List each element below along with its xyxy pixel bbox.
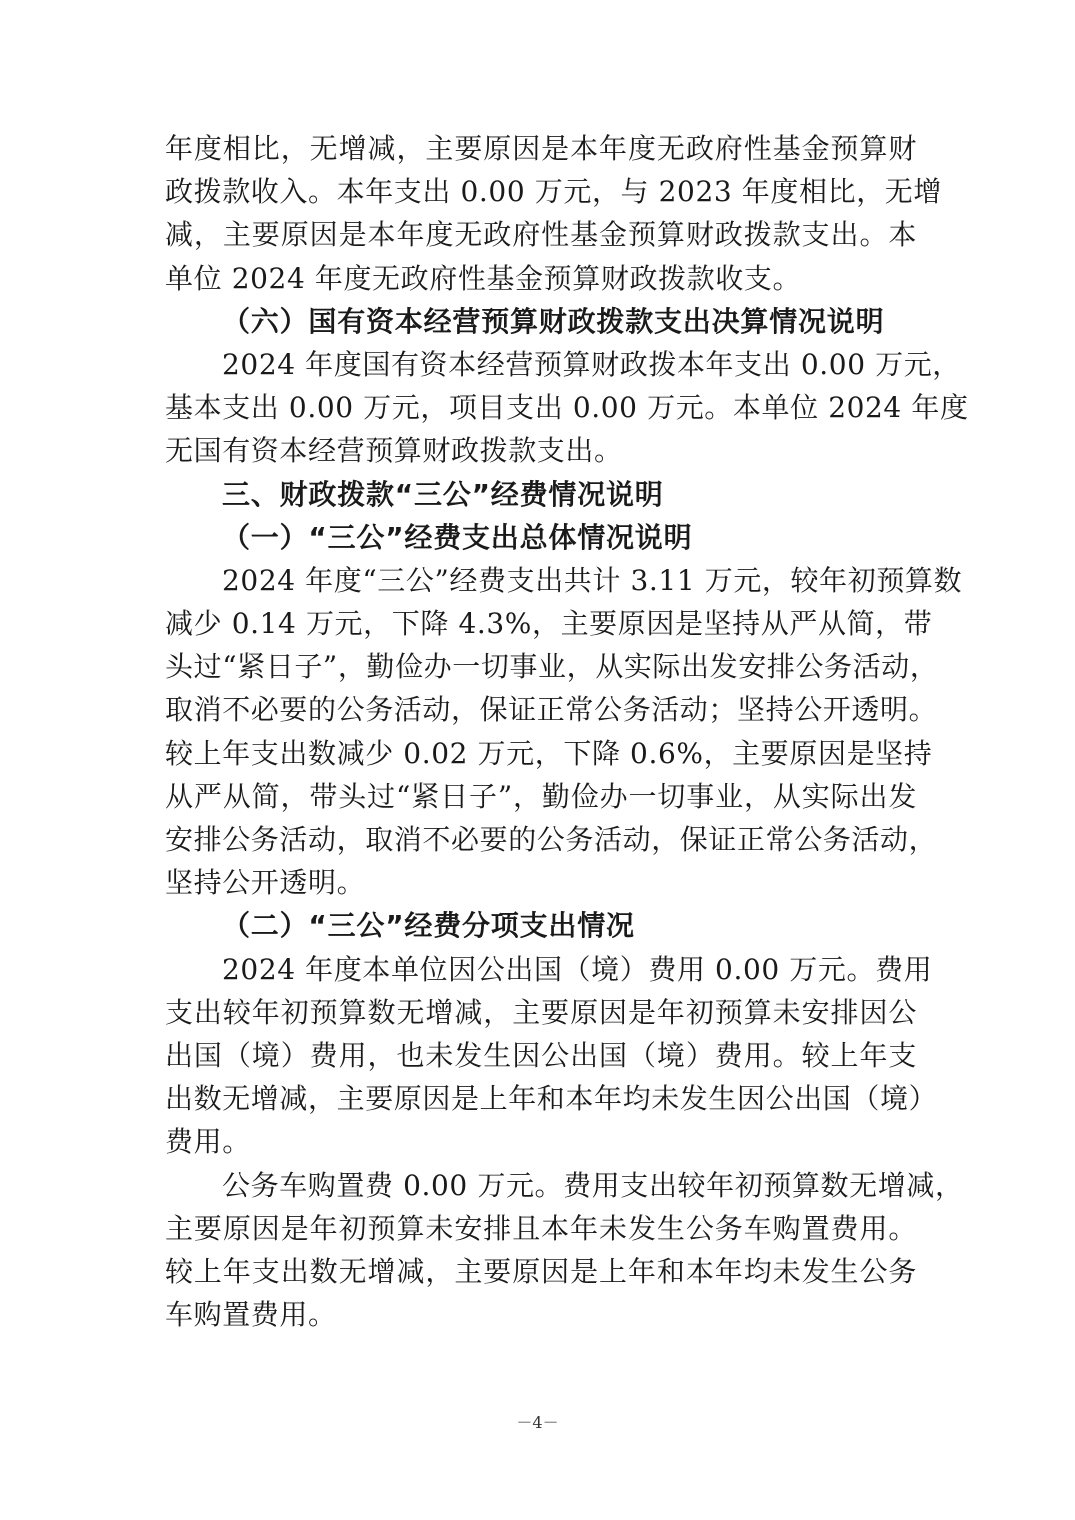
text-line: 单位 2024 年度无政府性基金预算财政拨款收支。: [165, 257, 917, 300]
subsection-heading-1: （一）“三公”经费支出总体情况说明: [165, 516, 917, 559]
text-line: 较上年支出数减少 0.02 万元，下降 0.6%，主要原因是坚持: [165, 732, 917, 775]
text-line: 减少 0.14 万元，下降 4.3%，主要原因是坚持从严从简，带: [165, 602, 917, 645]
text-line: 公务车购置费 0.00 万元。费用支出较年初预算数无增减，: [165, 1164, 917, 1207]
section-6-paragraph: 2024 年度国有资本经营预算财政拨本年支出 0.00 万元， 基本支出 0.0…: [165, 343, 917, 473]
text-line: 较上年支出数无增减，主要原因是上年和本年均未发生公务: [165, 1250, 917, 1293]
page-number: －4－: [0, 1410, 1075, 1433]
text-line: 安排公务活动，取消不必要的公务活动，保证正常公务活动，: [165, 818, 917, 861]
subsection-2-paragraph-2: 公务车购置费 0.00 万元。费用支出较年初预算数无增减， 主要原因是年初预算未…: [165, 1164, 917, 1337]
text-line: 主要原因是年初预算未安排且本年未发生公务车购置费用。: [165, 1207, 917, 1250]
document-page: 年度相比，无增减，主要原因是本年度无政府性基金预算财 政拨款收入。本年支出 0.…: [165, 127, 917, 1336]
text-line: 支出较年初预算数无增减，主要原因是年初预算未安排因公: [165, 991, 917, 1034]
text-line: 2024 年度本单位因公出国（境）费用 0.00 万元。费用: [165, 948, 917, 991]
text-line: 坚持公开透明。: [165, 861, 917, 904]
part-heading-3: 三、财政拨款“三公”经费情况说明: [165, 473, 917, 516]
subsection-1-paragraph: 2024 年度“三公”经费支出共计 3.11 万元，较年初预算数 减少 0.14…: [165, 559, 917, 905]
paragraph-continued: 年度相比，无增减，主要原因是本年度无政府性基金预算财 政拨款收入。本年支出 0.…: [165, 127, 917, 300]
text-line: 基本支出 0.00 万元，项目支出 0.00 万元。本单位 2024 年度: [165, 386, 917, 429]
text-line: 年度相比，无增减，主要原因是本年度无政府性基金预算财: [165, 127, 917, 170]
text-line: 2024 年度国有资本经营预算财政拨本年支出 0.00 万元，: [165, 343, 917, 386]
text-line: 出国（境）费用，也未发生因公出国（境）费用。较上年支: [165, 1034, 917, 1077]
text-line: 取消不必要的公务活动，保证正常公务活动；坚持公开透明。: [165, 688, 917, 731]
text-line: 政拨款收入。本年支出 0.00 万元，与 2023 年度相比，无增: [165, 170, 917, 213]
subsection-heading-2: （二）“三公”经费分项支出情况: [165, 904, 917, 947]
text-line: 从严从简，带头过“紧日子”，勤俭办一切事业，从实际出发: [165, 775, 917, 818]
text-line: 2024 年度“三公”经费支出共计 3.11 万元，较年初预算数: [165, 559, 917, 602]
text-line: 无国有资本经营预算财政拨款支出。: [165, 429, 917, 472]
subsection-2-paragraph-1: 2024 年度本单位因公出国（境）费用 0.00 万元。费用 支出较年初预算数无…: [165, 948, 917, 1164]
text-line: 减，主要原因是本年度无政府性基金预算财政拨款支出。本: [165, 213, 917, 256]
text-line: 费用。: [165, 1120, 917, 1163]
text-line: 出数无增减，主要原因是上年和本年均未发生因公出国（境）: [165, 1077, 917, 1120]
text-line: 车购置费用。: [165, 1293, 917, 1336]
section-heading-6: （六）国有资本经营预算财政拨款支出决算情况说明: [165, 300, 917, 343]
text-line: 头过“紧日子”，勤俭办一切事业，从实际出发安排公务活动，: [165, 645, 917, 688]
